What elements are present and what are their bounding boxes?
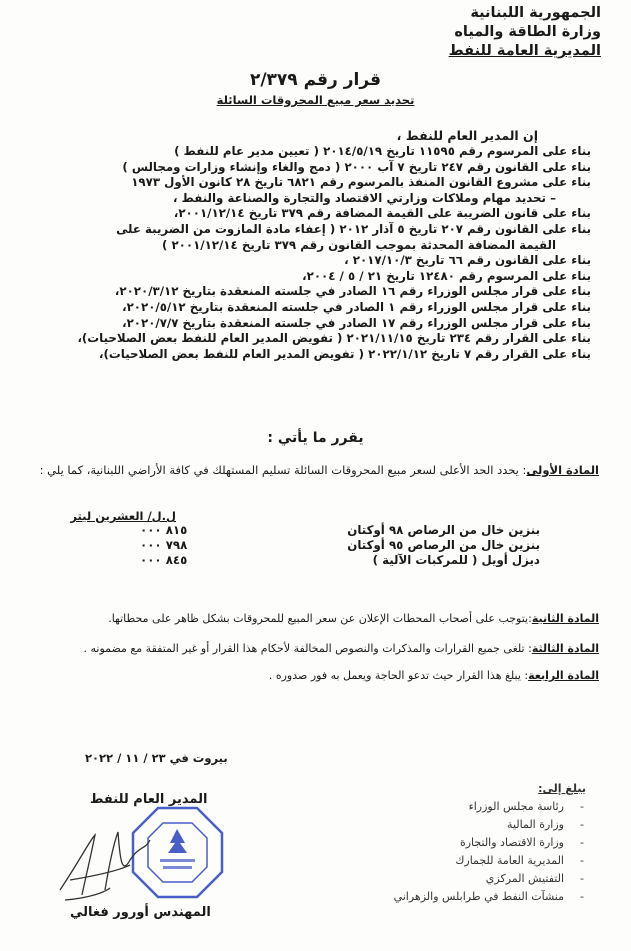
distribution-item: وزارة المالية xyxy=(306,816,586,834)
preamble-line: بناء على المرسوم رقم ١١٥٩٥ تاريخ ٢٠١٤/٥/… xyxy=(31,144,591,160)
article-2: المادة الثانية:يتوجب على أصحاب المحطات ا… xyxy=(19,612,599,625)
distribution-item: التفتيش المركزي xyxy=(306,870,586,888)
preamble: بناء على المرسوم رقم ١١٥٩٥ تاريخ ٢٠١٤/٥/… xyxy=(31,144,591,362)
price-value: ٧٩٨ ٠٠٠ xyxy=(140,538,187,553)
distribution-item: وزارة الاقتصاد والتجارة xyxy=(306,834,586,852)
letterhead-ministry: وزارة الطاقة والمياه xyxy=(361,23,601,42)
letterhead-directorate: المديرية العامة للنفط xyxy=(361,42,601,61)
distribution-heading: يبلغ إلى: xyxy=(306,780,586,798)
preamble-line: بناء على القرار رقم ٧ تاريخ ٢٠٢٢/١/١٢ ( … xyxy=(31,347,591,363)
letterhead: الجمهورية اللبنانية وزارة الطاقة والمياه… xyxy=(361,4,601,61)
article-3: المادة الثالثة: تلغى جميع القرارات والمذ… xyxy=(19,642,599,655)
article-3-text: : تلغى جميع القرارات والمذكرات والنصوص ا… xyxy=(84,642,532,655)
decision-subtitle: تحديد سعر مبيع المحروقات السائلة xyxy=(0,93,631,107)
price-value: ٨١٥ ٠٠٠ xyxy=(140,523,187,538)
price-unit: ل.ل/ العشرين ليتر xyxy=(70,509,176,523)
handwritten-signature xyxy=(50,820,170,914)
distribution-list: يبلغ إلى: رئاسة مجلس الوزراء وزارة المال… xyxy=(306,780,586,906)
price-table: ٨١٥ ٠٠٠ بنزين خال من الرصاص ٩٨ أوكتان ٧٩… xyxy=(140,523,540,568)
article-2-label: المادة الثانية xyxy=(532,612,599,625)
cedar-icon xyxy=(168,829,187,853)
preamble-line: بناء على قرار مجلس الوزراء رقم ١٧ الصادر… xyxy=(31,316,591,332)
signatory-title: المدير العام للنفط xyxy=(90,792,207,807)
preamble-line: بناء على القرار رقم ٢٣٤ تاريخ ٢٠٢١/١١/١٥… xyxy=(31,331,591,347)
article-2-text: :يتوجب على أصحاب المحطات الإعلان عن سعر … xyxy=(108,612,532,625)
distribution-item: رئاسة مجلس الوزراء xyxy=(306,798,586,816)
price-value: ٨٤٥ ٠٠٠ xyxy=(140,553,187,568)
decides-heading: يقرر ما يأتي : xyxy=(0,430,631,446)
distribution-item: المديرية العامة للجمارك xyxy=(306,852,586,870)
price-row: ٨٤٥ ٠٠٠ ديزل أويل ( للمركبات الآلية ) xyxy=(140,553,540,568)
preamble-line: بناء على القانون رقم ٦٦ تاريخ ٢٠١٧/١٠/٣ … xyxy=(31,253,591,269)
preamble-line: القيمة المضافة المحدثة بموجب القانون رقم… xyxy=(31,238,591,254)
preamble-line: بناء على مشروع القانون المنفذ بالمرسوم ر… xyxy=(31,175,591,191)
preamble-line: بناء على قانون الضريبة على القيمة المضاف… xyxy=(31,206,591,222)
preamble-line: – تحديد مهام وملاكات وزارتي الاقتصاد وال… xyxy=(31,191,591,207)
preamble-line: بناء على القانون رقم ٢٤٧ تاريخ ٧ آب ٢٠٠٠… xyxy=(31,160,591,176)
article-1: المادة الأولى: يحدد الحد الأعلى لسعر مبي… xyxy=(39,462,599,479)
article-4-text: : يبلغ هذا القرار حيث تدعو الحاجة ويعمل … xyxy=(269,669,528,682)
article-3-label: المادة الثالثة xyxy=(532,642,599,655)
product-name: بنزين خال من الرصاص ٩٥ أوكتان xyxy=(347,538,540,553)
price-row: ٨١٥ ٠٠٠ بنزين خال من الرصاص ٩٨ أوكتان xyxy=(140,523,540,538)
preamble-line: بناء على القانون رقم ٢٠٧ تاريخ ٥ آذار ٢٠… xyxy=(31,222,591,238)
preamble-line: بناء على قرار مجلس الوزراء رقم ١٦ الصادر… xyxy=(31,284,591,300)
price-row: ٧٩٨ ٠٠٠ بنزين خال من الرصاص ٩٥ أوكتان xyxy=(140,538,540,553)
preamble-line: بناء على المرسوم رقم ١٢٤٨٠ تاريخ ٢١ / ٥ … xyxy=(31,269,591,285)
issue-date: بيروت في ٢٣ / ١١ / ٢٠٢٢ xyxy=(85,751,228,765)
signatory-name: المهندس أورور فغالي xyxy=(70,905,211,920)
letterhead-republic: الجمهورية اللبنانية xyxy=(361,4,601,23)
product-name: ديزل أويل ( للمركبات الآلية ) xyxy=(373,553,540,568)
decision-title: قرار رقم ٢/٣٧٩ xyxy=(0,70,631,90)
distribution-item: منشآت النفط في طرابلس والزهراني xyxy=(306,888,586,906)
article-4-label: المادة الرابعة xyxy=(528,669,599,682)
preamble-line: بناء على قرار مجلس الوزراء رقم ١ الصادر … xyxy=(31,300,591,316)
article-1-text: : يحدد الحد الأعلى لسعر مبيع المحروقات ا… xyxy=(40,463,527,477)
article-4: المادة الرابعة: يبلغ هذا القرار حيث تدعو… xyxy=(19,669,599,682)
article-1-label: المادة الأولى xyxy=(526,463,599,477)
product-name: بنزين خال من الرصاص ٩٨ أوكتان xyxy=(347,523,540,538)
intro-line: إن المدير العام للنفط ، xyxy=(397,128,538,143)
